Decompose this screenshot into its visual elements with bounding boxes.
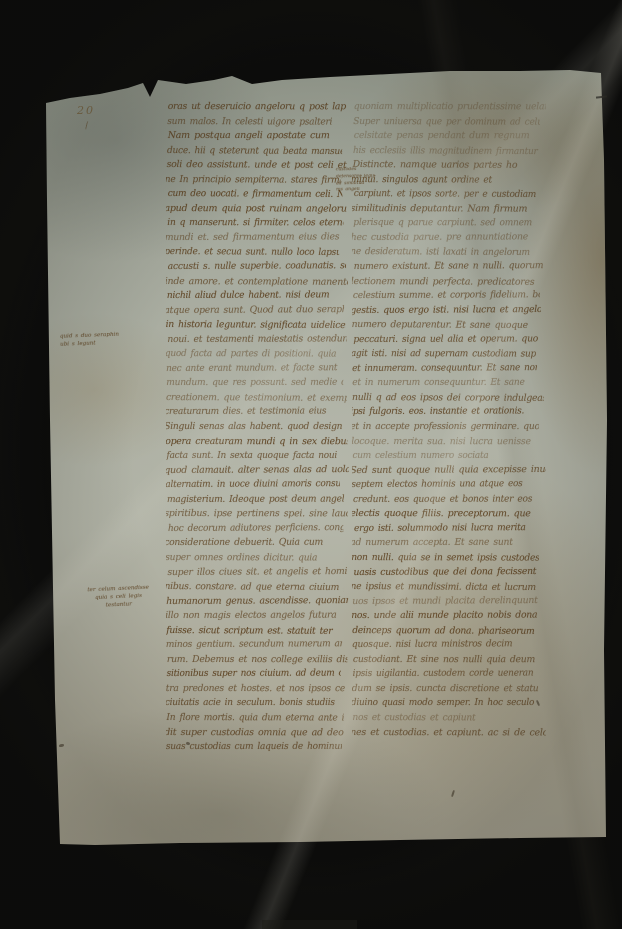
text-line: illo non magis electos angelos futura xyxy=(166,609,346,624)
text-line: cum celestium numero sociata xyxy=(352,449,537,464)
text-line: Super uniuersa que per dominum ad celum xyxy=(353,115,540,130)
text-line: Singuli senas alas habent. quod designat xyxy=(166,420,342,435)
text-line: opera creaturam mundi q in sex diebus xyxy=(166,435,347,450)
text-line: soli deo assistunt. unde et post celi et… xyxy=(167,158,349,173)
margin-note-celum: ter celum ascendissequia s celi legistes… xyxy=(66,583,172,612)
text-line: suas custodias cum laqueis de hominum :- xyxy=(166,740,342,755)
text-line: mundi et. sed firmamentum eius dies xyxy=(166,230,347,245)
text-line: super illos ciues sit. et angelis et hom… xyxy=(167,564,347,580)
text-line: facta sunt. In sexta quoque facta noui m… xyxy=(166,449,340,464)
text-line: nis angeli xyxy=(336,187,382,195)
text-line: super omnes ordines dicitur. quia xyxy=(166,551,342,566)
text-line: In flore mortis. quia dum eterna ante il… xyxy=(166,711,343,726)
text-line: noui. et testamenti maiestatis ostendunt… xyxy=(167,332,346,347)
text-line: septem electos hominis una atque eos xyxy=(352,477,536,493)
text-line: plerisque q parue carpiunt. sed omnem xyxy=(353,216,540,231)
text-line: agit isti. nisi ad supernam custodiam su… xyxy=(352,347,536,362)
text-line: cum deo uocati. e firmamentum celi. Nam … xyxy=(168,187,343,202)
text-line: in historia leguntur. significata uideli… xyxy=(166,318,346,334)
text-line: electis quoque filiis. preceptorum. que xyxy=(352,507,545,522)
text-line: nos. unde alii munde placito nobis dona xyxy=(352,609,543,624)
text-line: alternatim. in uoce diuini amoris consum xyxy=(166,477,340,492)
text-line: et in accepte professionis germinare. qu… xyxy=(352,420,539,435)
text-line: tra predones et hostes. et nos ipsos cel… xyxy=(166,682,345,697)
text-line: nec ante erant mundum. et facte sunt pos… xyxy=(166,361,340,376)
text-line: celestium summe. et corporis fidelium. b… xyxy=(353,288,540,303)
text-line: dit super custodias omnia que ad deo xyxy=(166,726,349,741)
text-line: quosque. nisi lucra ministros decim xyxy=(352,637,539,652)
text-line: oras ut deseruicio angeloru q post lap xyxy=(168,100,349,115)
text-line: quod clamauit. alter senas alas ad uolan… xyxy=(166,463,349,479)
text-line: uos ipsos et mundi placita derelinquunt xyxy=(352,594,545,610)
text-line: hec custodia parue. pre annuntiatione xyxy=(352,230,544,245)
text-line: diuino quasi modo semper. In hoc seculo xyxy=(352,696,535,711)
text-line: accusti s. nulle superbie. coadunatis. s… xyxy=(168,259,346,274)
text-line: quod facta ad partes di positioni. quia xyxy=(166,347,339,362)
slide-mount-edge xyxy=(262,920,357,929)
text-line: peccaturi. signa uel alia et operum. quo xyxy=(353,332,543,347)
text-line: ne In principio sempiterna. stares firma… xyxy=(166,173,341,188)
text-line: uasis custodibus que dei dona fecissent xyxy=(353,564,544,580)
text-line: custodiant. Et sine nos nulli quia deum xyxy=(353,653,544,668)
text-line: locoque. merita sua. nisi lucra uenisse xyxy=(352,435,544,450)
text-line: rum. Debemus et nos college exiliis disp… xyxy=(167,653,347,668)
text-line: apud deum quia post ruinam angeloru medi… xyxy=(166,202,349,217)
folio-number: 20 xyxy=(77,104,95,117)
text-line: dum se ipsis. cuncta discretione et stat… xyxy=(352,682,542,697)
text-line: consideratione debuerit. Quia cum xyxy=(166,536,344,551)
text-line: creaturarum dies. et testimonia eius xyxy=(166,405,338,420)
text-line: numero existunt. Et sane n nulli. quorum xyxy=(354,259,543,274)
text-line: nes et custodias. et capiunt. ac si de c… xyxy=(352,726,546,741)
text-line: ipsi fulgoris. eos. instantie et oration… xyxy=(352,405,535,420)
text-line: Nam postqua angeli apostate cum xyxy=(168,129,349,144)
text-line: nos et custodias et capiunt xyxy=(352,711,540,726)
text-line: ad numerum accepta. Et sane sunt xyxy=(352,536,541,551)
text-line: humanorum genus. ascendisse. quoniam ad xyxy=(166,594,348,610)
text-line: his ecclesiis illis magnitudinem firmant… xyxy=(353,144,539,160)
text-column-right: quoniam multiplicatio prudentissime uela… xyxy=(352,100,546,762)
text-line xyxy=(352,740,539,755)
text-line: magisterium. Ideoque post deum angelicis xyxy=(167,492,344,507)
text-line: gestis. quos ergo isti. nisi lucra et an… xyxy=(352,303,541,319)
intercolumn-gloss: custodesdefensores legisad similitudnis … xyxy=(336,167,382,195)
text-line: spiritibus. ipse pertinens spei. sine la… xyxy=(166,507,348,522)
text-line: minos gentium. secundum numerum angelo xyxy=(166,637,342,652)
text-line: Sed sunt quoque nulli quia excepisse inu… xyxy=(352,463,546,479)
text-line: duce. hii q steterunt qua beata mansue xyxy=(167,144,342,160)
text-line: atque opera sunt. Quod aut duo seraphin xyxy=(166,303,344,318)
text-line: credunt. eos quoque et bonos inter eos xyxy=(353,492,541,507)
photo-frame: 20 oras ut deseruicio angeloru q post la… xyxy=(0,0,622,929)
text-line: et in numerum consequuntur. Et sane xyxy=(352,376,540,391)
text-line: celsitate penas pendant dum regnum xyxy=(354,129,546,144)
text-line: non nulli. quia se in semet ipsis custod… xyxy=(352,551,539,566)
text-line: ergo isti. solummodo nisi lucra merita xyxy=(354,521,540,537)
text-line: ciuitatis acie in seculum. bonis studiis xyxy=(166,696,339,711)
text-line: quoniam multiplicatio prudentissime uela… xyxy=(354,100,546,115)
text-line: ipsis uigilantia. custodem corde ueneran xyxy=(353,667,538,682)
text-line: nichil aliud dulce habent. nisi deum xyxy=(167,288,343,303)
text-line: sum malos. In celesti uigore psalteri xyxy=(167,115,343,130)
text-line: hoc decorum adiutores perficiens. congru… xyxy=(168,521,343,537)
text-line: et innumeram. consequuntur. Et sane non xyxy=(352,361,537,376)
text-line: sitionibus super nos ciuium. ad deum con xyxy=(167,667,341,682)
text-line: in q manserunt. si firmiter. celos etern… xyxy=(167,216,343,231)
text-line: similitudinis deputantur. Nam firmum xyxy=(352,202,546,217)
text-column-left: oras ut deseruicio angeloru q post lapsu… xyxy=(166,100,349,762)
text-line: mundum. que res possunt. sed medie dicun… xyxy=(166,376,343,391)
